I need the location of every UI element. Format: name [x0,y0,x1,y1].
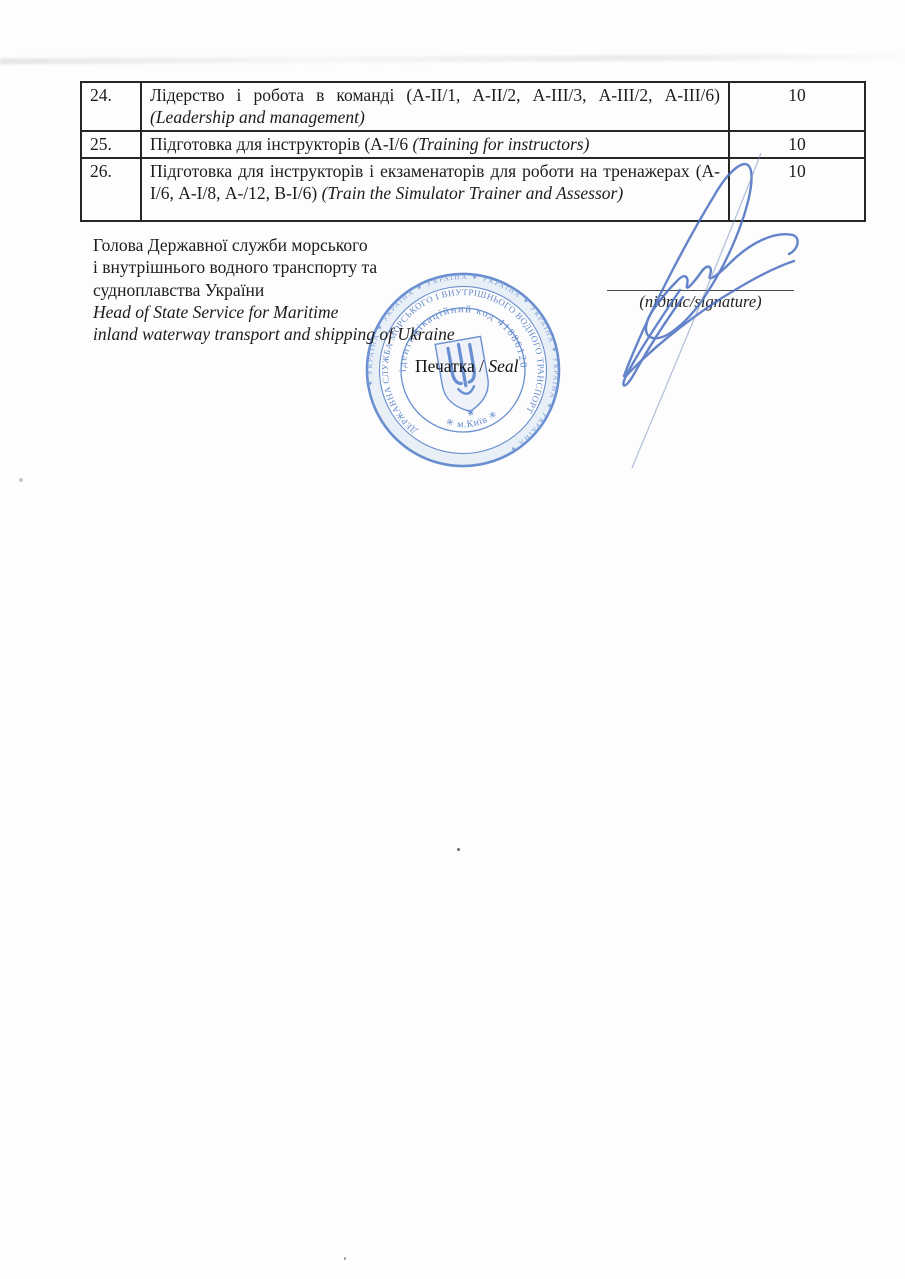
signatory-block: Голова Державної служби морського і внут… [93,234,513,345]
hours-value: 10 [729,158,865,221]
hours-value: 10 [729,131,865,158]
course-title-uk: Підготовка для інструкторів (А-І/6 [150,134,412,154]
row-number: 24. [81,82,141,131]
table-row: 26. Підготовка для інструкторів і екзаме… [81,158,865,221]
row-number: 26. [81,158,141,221]
signatory-line-uk: Голова Державної служби морського [93,234,513,256]
course-title-en: (Train the Simulator Trainer and Assesso… [322,183,624,203]
scanned-document-page: 24. Лідерство і робота в команді (А-ІІ/1… [0,0,905,1279]
signatory-line-en: Head of State Service for Maritime [93,301,513,323]
signature-line [607,290,794,291]
seal-label: Печатка / Seal [415,356,519,377]
course-hours-table: 24. Лідерство і робота в команді (А-ІІ/1… [80,81,866,222]
scan-speck [344,1257,346,1260]
course-description: Лідерство і робота в команді (А-ІІ/1, А-… [141,82,729,131]
seal-label-uk: Печатка / [415,356,488,376]
course-description: Підготовка для інструкторів і екзаменато… [141,158,729,221]
scan-speck [19,478,23,482]
course-title-en: (Training for instructors) [412,134,589,154]
row-number: 25. [81,131,141,158]
scan-artifact-streak [0,54,905,65]
course-description: Підготовка для інструкторів (А-І/6 (Trai… [141,131,729,158]
seal-label-en: Seal [488,356,518,376]
signature-caption: (підпис/signature) [607,292,794,312]
signatory-line-uk: судноплавства України [93,279,513,301]
scan-speck [457,848,460,851]
signatory-line-uk: і внутрішнього водного транспорту та [93,256,513,278]
table-row: 24. Лідерство і робота в команді (А-ІІ/1… [81,82,865,131]
course-title-en: (Leadership and management) [150,107,365,127]
course-title-uk: Лідерство і робота в команді (А-ІІ/1, А-… [150,85,720,105]
table-row: 25. Підготовка для інструкторів (А-І/6 (… [81,131,865,158]
signatory-line-en: inland waterway transport and shipping o… [93,323,513,345]
hours-value: 10 [729,82,865,131]
